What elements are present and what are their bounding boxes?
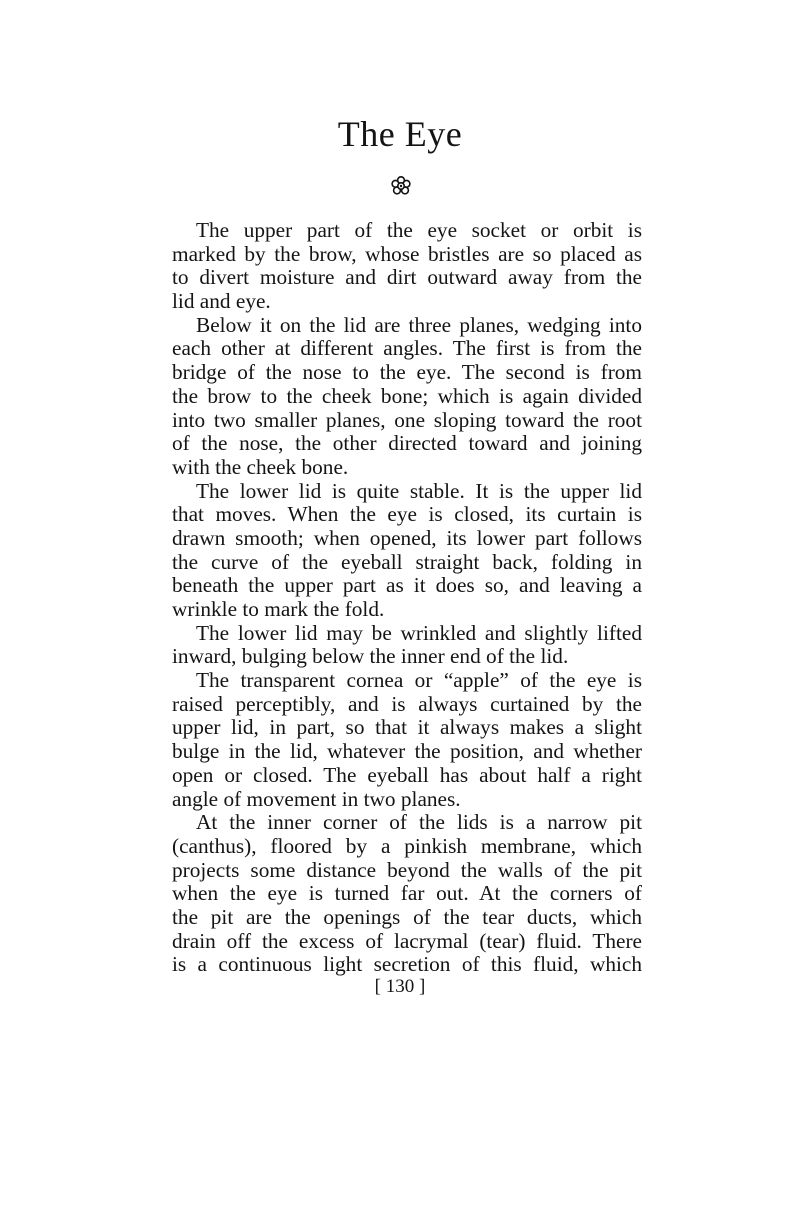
text-line: At the inner corner of the lids is a nar… (172, 811, 642, 835)
text-line: when the eye is turned far out. At the c… (172, 882, 642, 906)
text-line: is a continuous light secretion of this … (172, 953, 642, 977)
text-line: of the nose, the other directed toward a… (172, 432, 642, 456)
text-line: that moves. When the eye is closed, its … (172, 503, 642, 527)
text-line: the curve of the eyeball straight back, … (172, 551, 642, 575)
text-line: beneath the upper part as it does so, an… (172, 574, 642, 598)
paragraph: The lower lid may be wrinkled and slight… (172, 622, 642, 669)
text-line: The lower lid is quite stable. It is the… (172, 480, 642, 504)
text-line: projects some distance beyond the walls … (172, 859, 642, 883)
paragraph: Below it on the lid are three planes, we… (172, 314, 642, 480)
text-line: lid and eye. (172, 290, 642, 314)
text-line: the pit are the openings of the tear duc… (172, 906, 642, 930)
paragraph: At the inner corner of the lids is a nar… (172, 811, 642, 977)
text-line: drawn smooth; when opened, its lower par… (172, 527, 642, 551)
text-line: into two smaller planes, one sloping tow… (172, 409, 642, 433)
text-line: the brow to the cheek bone; which is aga… (172, 385, 642, 409)
text-line: open or closed. The eyeball has about ha… (172, 764, 642, 788)
text-line: marked by the brow, whose bristles are s… (172, 243, 642, 267)
text-line: raised perceptibly, and is always curtai… (172, 693, 642, 717)
text-line: wrinkle to mark the fold. (172, 598, 642, 622)
flower-ornament-icon (390, 175, 412, 197)
paragraph: The lower lid is quite stable. It is the… (172, 480, 642, 622)
text-line: to divert moisture and dirt outward away… (172, 266, 642, 290)
page-title: The Eye (0, 112, 800, 156)
paragraph: The upper part of the eye socket or orbi… (172, 219, 642, 314)
text-line: drain off the excess of lacrymal (tear) … (172, 930, 642, 954)
body-text: The upper part of the eye socket or orbi… (172, 219, 642, 977)
text-line: angle of movement in two planes. (172, 788, 642, 812)
text-line: The lower lid may be wrinkled and slight… (172, 622, 642, 646)
text-line: The upper part of the eye socket or orbi… (172, 219, 642, 243)
text-line: Below it on the lid are three planes, we… (172, 314, 642, 338)
paragraph: The transparent cornea or “apple” of the… (172, 669, 642, 811)
text-line: The transparent cornea or “apple” of the… (172, 669, 642, 693)
text-line: inward, bulging below the inner end of t… (172, 645, 642, 669)
text-line: with the cheek bone. (172, 456, 642, 480)
text-line: upper lid, in part, so that it always ma… (172, 716, 642, 740)
text-line: bridge of the nose to the eye. The secon… (172, 361, 642, 385)
text-line: each other at different angles. The firs… (172, 337, 642, 361)
page-number: [ 130 ] (0, 975, 800, 999)
text-line: bulge in the lid, whatever the position,… (172, 740, 642, 764)
text-line: (canthus), floored by a pinkish membrane… (172, 835, 642, 859)
